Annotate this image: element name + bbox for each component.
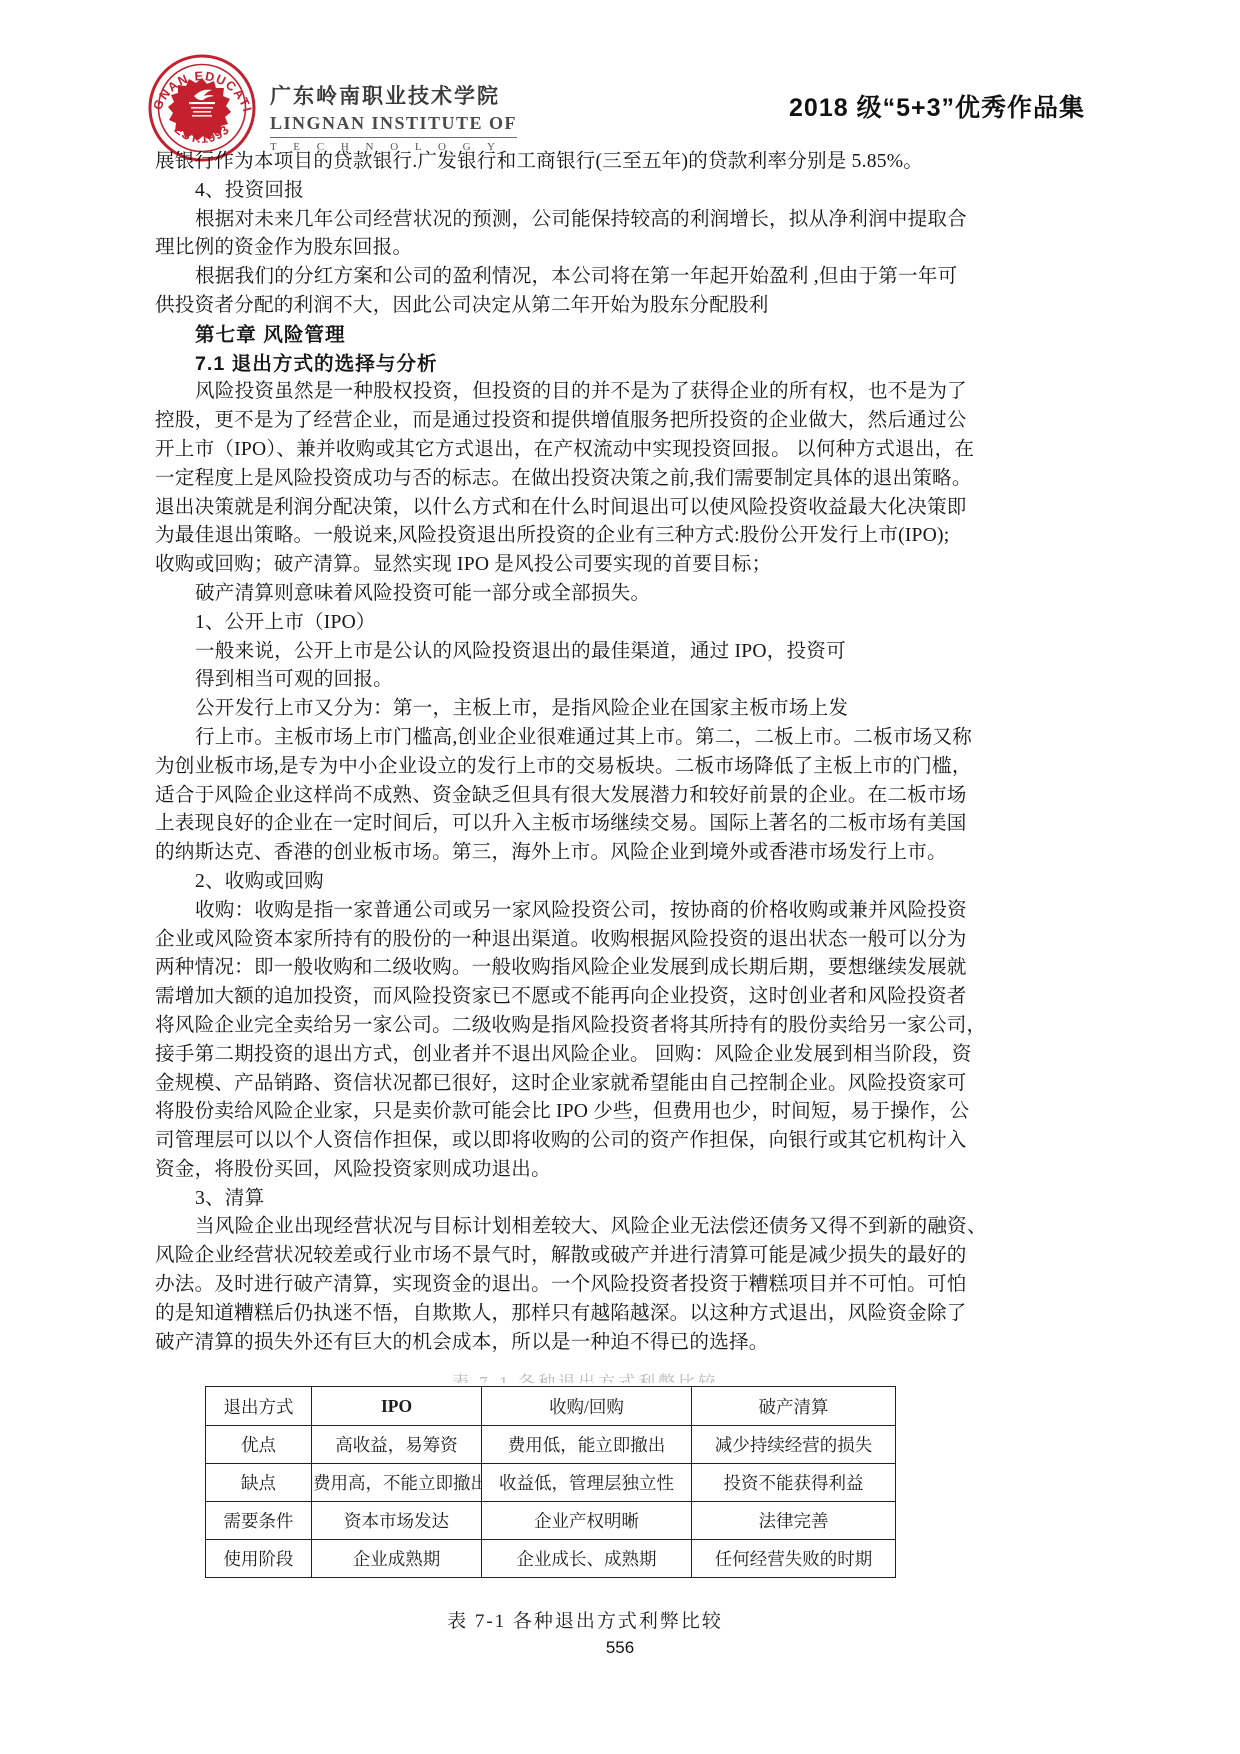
text-line: 展银行作为本项目的贷款银行.广发银行和工商银行(三至五年)的贷款利率分别是 5.… [155, 148, 1085, 177]
table-cell: 企业成长、成熟期 [482, 1540, 692, 1578]
text-line: 3、清算 [155, 1185, 1085, 1214]
table-row: 需要条件资本市场发达企业产权明晰法律完善 [206, 1502, 896, 1540]
text-line: 供投资者分配的利润不大，因此公司决定从第二年开始为股东分配股利 [155, 292, 1085, 321]
table-cell: 法律完善 [692, 1502, 896, 1540]
school-name-block: 广东岭南职业技术学院 LINGNAN INSTITUTE OF T E C H … [270, 80, 530, 153]
text-line: 司管理层可以以个人资信作担保，或以即将收购的公司的资产作担保，向银行或其它机构计… [155, 1127, 1085, 1156]
text-line: 将股份卖给风险企业家，只是卖价款可能会比 IPO 少些，但费用也少，时间短，易于… [155, 1098, 1085, 1127]
text-line: 公开发行上市又分为：第一，主板上市，是指风险企业在国家主板市场上发 [155, 695, 1085, 724]
text-line: 第七章 风险管理 [155, 321, 1085, 350]
text-line: 控股，更不是为了经营企业，而是通过投资和提供增值服务把所投资的企业做大，然后通过… [155, 407, 1085, 436]
text-line: 破产清算则意味着风险投资可能一部分或全部损失。 [155, 580, 1085, 609]
table-cell: 缺点 [206, 1464, 312, 1502]
page-number: 556 [0, 1638, 1240, 1658]
text-line: 当风险企业出现经营状况与目标计划相差较大、风险企业无法偿还债务又得不到新的融资、 [155, 1213, 1085, 1242]
text-line: 4、投资回报 [155, 177, 1085, 206]
school-name-chinese: 广东岭南职业技术学院 [270, 80, 530, 110]
table-cell: 减少持续经营的损失 [692, 1426, 896, 1464]
text-line: 将风险企业完全卖给另一家公司。二级收购是指风险投资者将其所持有的股份卖给另一家公… [155, 1012, 1085, 1041]
text-line: 一定程度上是风险投资成功与否的标志。在做出投资决策之前,我们需要制定具体的退出策… [155, 465, 1085, 494]
table-cell: 收益低，管理层独立性 [482, 1464, 692, 1502]
text-line: 风险企业经营状况较差或行业市场不景气时，解散或破产并进行清算可能是减少损失的最好… [155, 1242, 1085, 1271]
table-cell: 投资不能获得利益 [692, 1464, 896, 1502]
text-line: 开上市（IPO）、兼并收购或其它方式退出，在产权流动中实现投资回报。 以何种方式… [155, 436, 1085, 465]
collection-title: 2018 级“5+3”优秀作品集 [789, 88, 1085, 124]
text-line: 根据对未来几年公司经营状况的预测，公司能保持较高的利润增长，拟从净利润中提取合 [155, 206, 1085, 235]
table-row: 缺点费用高，不能立即撤出收益低，管理层独立性投资不能获得利益 [206, 1464, 896, 1502]
text-line: 适合于风险企业这样尚不成熟、资金缺乏但具有很大发展潜力和较好前景的企业。在二板市… [155, 782, 1085, 811]
text-line: 为创业板市场,是专为中小企业设立的发行上市的交易板块。二板市场降低了主板上市的门… [155, 753, 1085, 782]
text-line: 的是知道糟糕后仍执迷不悟，自欺欺人，那样只有越陷越深。以这种方式退出，风险资金除… [155, 1300, 1085, 1329]
text-line: 收购：收购是指一家普通公司或另一家风险投资公司，按协商的价格收购或兼并风险投资 [155, 897, 1085, 926]
table-cell: 优点 [206, 1426, 312, 1464]
table-header-cell: IPO [312, 1387, 482, 1426]
text-line: 资金，将股份买回，风险投资家则成功退出。 [155, 1156, 1085, 1185]
text-line: 2、收购或回购 [155, 868, 1085, 897]
table-cell: 企业成熟期 [312, 1540, 482, 1578]
exit-methods-table: 退出方式IPO收购/回购破产清算优点高收益，易筹资费用低，能立即撤出减少持续经营… [205, 1386, 896, 1578]
table-cell: 费用低，能立即撤出 [482, 1426, 692, 1464]
table-row: 优点高收益，易筹资费用低，能立即撤出减少持续经营的损失 [206, 1426, 896, 1464]
text-line: 行上市。主板市场上市门槛高,创业企业很难通过其上市。第二，二板上市。二板市场又称 [155, 724, 1085, 753]
body-text: 展银行作为本项目的贷款银行.广发银行和工商银行(三至五年)的贷款利率分别是 5.… [155, 148, 1085, 1357]
text-line: 企业或风险资本家所持有的股份的一种退出渠道。收购根据风险投资的退出状态一般可以分… [155, 926, 1085, 955]
table-cell: 需要条件 [206, 1502, 312, 1540]
text-line: 办法。及时进行破产清算，实现资金的退出。一个风险投资者投资于糟糕项目并不可怕。可… [155, 1271, 1085, 1300]
text-line: 一般来说，公开上市是公认的风险投资退出的最佳渠道，通过 IPO，投资可 [155, 638, 1085, 667]
text-line: 破产清算的损失外还有巨大的机会成本，所以是一种迫不得已的选择。 [155, 1329, 1085, 1358]
text-line: 接手第二期投资的退出方式，创业者并不退出风险企业。 回购：风险企业发展到相当阶段… [155, 1041, 1085, 1070]
text-line: 7.1 退出方式的选择与分析 [155, 350, 1085, 379]
table-caption: 表 7-1 各种退出方式利弊比较 [240, 1606, 930, 1633]
text-line: 收购或回购；破产清算。显然实现 IPO 是风投公司要实现的首要目标； [155, 551, 1085, 580]
table-header-cell: 破产清算 [692, 1387, 896, 1426]
table-cell: 使用阶段 [206, 1540, 312, 1578]
table-header-cell: 收购/回购 [482, 1387, 692, 1426]
document-page: LINGNAN EDUCATION EST.1993 广东岭南职业技术学院 LI… [0, 0, 1240, 1754]
table-cell: 任何经营失败的时期 [692, 1540, 896, 1578]
text-line: 的纳斯达克、香港的创业板市场。第三，海外上市。风险企业到境外或香港市场发行上市。 [155, 839, 1085, 868]
text-line: 退出决策就是利润分配决策，以什么方式和在什么时间退出可以使风险投资收益最大化决策… [155, 494, 1085, 523]
text-line: 1、公开上市（IPO） [155, 609, 1085, 638]
table-header-cell: 退出方式 [206, 1387, 312, 1426]
table-cell: 资本市场发达 [312, 1502, 482, 1540]
table-cell: 费用高，不能立即撤出 [312, 1464, 482, 1502]
text-line: 上表现良好的企业在一定时间后，可以升入主板市场继续交易。国际上著名的二板市场有美… [155, 810, 1085, 839]
text-line: 两种情况：即一般收购和二级收购。一般收购指风险企业发展到成长期后期，要想继续发展… [155, 954, 1085, 983]
table-header-row: 退出方式IPO收购/回购破产清算 [206, 1387, 896, 1426]
table-row: 使用阶段企业成熟期企业成长、成熟期任何经营失败的时期 [206, 1540, 896, 1578]
table-cell: 高收益，易筹资 [312, 1426, 482, 1464]
text-line: 为最佳退出策略。一般说来,风险投资退出所投资的企业有三种方式:股份公开发行上市(… [155, 522, 1085, 551]
text-line: 需增加大额的追加投资，而风险投资家已不愿或不能再向企业投资，这时创业者和风险投资… [155, 983, 1085, 1012]
text-line: 金规模、产品销路、资信状况都已很好，这时企业家就希望能由自己控制企业。风险投资家… [155, 1070, 1085, 1099]
text-line: 得到相当可观的回报。 [155, 666, 1085, 695]
ghost-table-caption: 表 7-1 各种退出方式利弊比较 [240, 1368, 930, 1383]
text-line: 风险投资虽然是一种股权投资，但投资的目的并不是为了获得企业的所有权，也不是为了 [155, 378, 1085, 407]
text-line: 根据我们的分红方案和公司的盈利情况，本公司将在第一年起开始盈利 ,但由于第一年可 [155, 263, 1085, 292]
school-name-english: LINGNAN INSTITUTE OF [270, 113, 517, 138]
text-line: 理比例的资金作为股东回报。 [155, 234, 1085, 263]
table-cell: 企业产权明晰 [482, 1502, 692, 1540]
